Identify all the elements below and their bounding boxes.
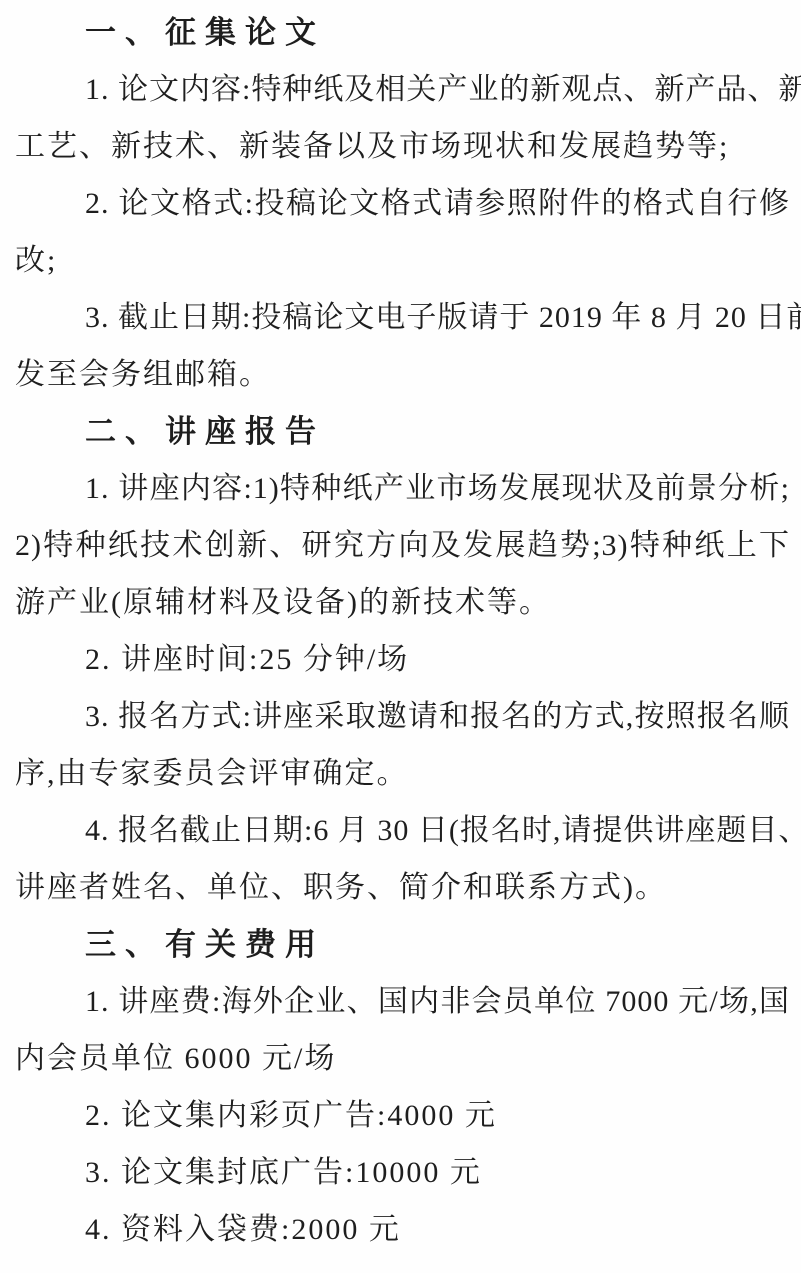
- text-line: 3. 截止日期:投稿论文电子版请于 2019 年 8 月 20 日前: [15, 289, 790, 346]
- section-heading-fees: 三、有关费用: [15, 916, 790, 973]
- text-line: 游产业(原辅材料及设备)的新技术等。: [15, 574, 790, 631]
- text-line: 1. 讲座费:海外企业、国内非会员单位 7000 元/场,国: [15, 973, 790, 1030]
- text-line: 4. 资料入袋费:2000 元: [15, 1201, 790, 1258]
- text-line: 发至会务组邮箱。: [15, 346, 790, 403]
- text-line: 2. 讲座时间:25 分钟/场: [15, 631, 790, 688]
- text-line: 3. 报名方式:讲座采取邀请和报名的方式,按照报名顺: [15, 688, 790, 745]
- scanned-notice-page: 一、征集论文 1. 论文内容:特种纸及相关产业的新观点、新产品、新 工艺、新技术…: [0, 0, 801, 1273]
- text-line: 内会员单位 6000 元/场: [15, 1030, 790, 1087]
- text-line: 改;: [15, 232, 790, 289]
- text-line: 1. 讲座内容:1)特种纸产业市场发展现状及前景分析;: [15, 460, 790, 517]
- text-line: 1. 论文内容:特种纸及相关产业的新观点、新产品、新: [15, 61, 790, 118]
- text-line: 4. 报名截止日期:6 月 30 日(报名时,请提供讲座题目、: [15, 802, 790, 859]
- text-line: 讲座者姓名、单位、职务、简介和联系方式)。: [15, 859, 790, 916]
- section-heading-lecture-reports: 二、讲座报告: [15, 403, 790, 460]
- text-line: 2)特种纸技术创新、研究方向及发展趋势;3)特种纸上下: [15, 517, 790, 574]
- section-heading-call-for-papers: 一、征集论文: [15, 4, 790, 61]
- text-line: 3. 论文集封底广告:10000 元: [15, 1144, 790, 1201]
- text-line: 工艺、新技术、新装备以及市场现状和发展趋势等;: [15, 118, 790, 175]
- text-line: 2. 论文集内彩页广告:4000 元: [15, 1087, 790, 1144]
- text-line: 2. 论文格式:投稿论文格式请参照附件的格式自行修: [15, 175, 790, 232]
- text-line: 序,由专家委员会评审确定。: [15, 745, 790, 802]
